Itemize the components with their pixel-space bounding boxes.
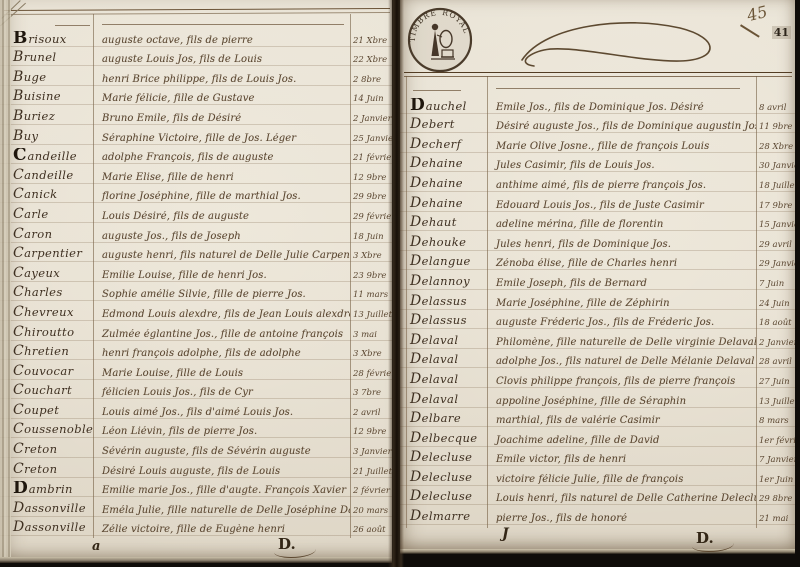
entry-detail: auguste Fréderic Jos., fils de Fréderic … xyxy=(487,317,756,328)
entry-date: 18 Juillet xyxy=(756,181,795,191)
entry-detail: Marie Louise, fille de Louis xyxy=(93,368,350,379)
entry-date: 28 février xyxy=(350,369,392,379)
register-scan: Brisouxauguste octave, fils de pierre21 … xyxy=(0,0,800,567)
entry-detail: Jules Casimir, fils de Louis Jos. xyxy=(487,160,756,171)
entry-date: 2 avril xyxy=(350,408,392,418)
entry-detail: Clovis philippe françois, fils de pierre… xyxy=(487,376,756,387)
entry-date: 18 août xyxy=(756,318,795,328)
right-page: TIMBRE ROYAL 45 41 xyxy=(400,0,795,549)
surname-text: Delaval xyxy=(410,391,458,407)
surname-text: Carpentier xyxy=(13,245,82,261)
entry-detail: Désiré auguste Jos., fils de Dominique a… xyxy=(487,121,756,132)
surname-text: Delassus xyxy=(410,312,467,328)
surname-cell: Chretien xyxy=(0,343,93,359)
entry-detail: victoire félicie Julie, fille de françoi… xyxy=(487,474,756,485)
register-row: Candeilleadolphe François, fils de augus… xyxy=(0,145,392,165)
surname-cell: Delassus xyxy=(400,293,487,309)
surname-cell: Carle xyxy=(0,206,93,222)
entry-detail: henri françois adolphe, fils de adolphe xyxy=(93,348,350,359)
surname-cell: Caron xyxy=(0,226,93,242)
register-row: DelbecqueJoachime adeline, fille de Davi… xyxy=(400,427,795,447)
register-row: Deleclusevictoire félicie Julie, fille d… xyxy=(400,466,795,486)
entry-date: 18 Juin xyxy=(350,232,392,242)
register-row: DambrinEmilie marie Jos., fille d'augte.… xyxy=(0,478,392,498)
register-row: CayeuxEmilie Louise, fille de henri Jos.… xyxy=(0,262,392,282)
entry-detail: Louis Désiré, fils de auguste xyxy=(93,211,350,222)
surname-cell: Delbare xyxy=(400,410,487,426)
top-frame-rule xyxy=(4,12,390,15)
entry-detail: Emile victor, fils de henri xyxy=(487,454,756,465)
entry-date: 28 Xbre xyxy=(756,142,795,152)
surname-text: Charles xyxy=(13,284,63,300)
surname-cell: Delaval xyxy=(400,371,487,387)
entry-detail: Léon Liévin, fils de pierre Jos. xyxy=(93,426,350,437)
entry-date: 27 Juin xyxy=(756,377,795,387)
entry-date: 21 février xyxy=(350,153,392,163)
entry-date: 12 9bre xyxy=(350,427,392,437)
entry-detail: Joachime adeline, fille de David xyxy=(487,435,756,446)
surname-cell: Creton xyxy=(0,441,93,457)
entry-detail: Emilie marie Jos., fille d'augte. Franço… xyxy=(93,485,350,496)
entry-detail: Edmond Louis alexdre, fils de Jean Louis… xyxy=(93,309,350,320)
surname-text: Delaval xyxy=(410,332,458,348)
surname-text: Decherf xyxy=(410,136,461,152)
register-row: CandeilleMarie Elise, fille de henri12 9… xyxy=(0,164,392,184)
left-page: Brisouxauguste octave, fils de pierre21 … xyxy=(0,0,392,557)
entry-date: 17 9bre xyxy=(756,201,795,211)
surname-cell: Delecluse xyxy=(400,488,487,504)
surname-cell: Canick xyxy=(0,186,93,202)
surname-cell: Buriez xyxy=(0,108,93,124)
entry-date: 3 Janvier xyxy=(350,447,392,457)
entry-detail: auguste Louis Jos, fils de Louis xyxy=(93,54,350,65)
surname-text: Buisine xyxy=(13,88,61,104)
surname-text: Delecluse xyxy=(410,449,472,465)
surname-text: Candeille xyxy=(13,167,74,183)
surname-text: Delecluse xyxy=(410,469,472,485)
surname-cell: Candeille xyxy=(0,148,93,163)
entry-date: 22 Xbre xyxy=(350,55,392,65)
footer-letter-mark: a xyxy=(92,539,100,554)
entry-detail: Sévérin auguste, fils de Sévérin auguste xyxy=(93,446,350,457)
footer-letter-mark: J xyxy=(502,526,509,542)
surname-text: Caron xyxy=(13,226,52,242)
surname-text: Chretien xyxy=(13,343,69,359)
entry-detail: auguste Jos., fils de Joseph xyxy=(93,231,350,242)
entry-detail: henri Brice philippe, fils de Louis Jos. xyxy=(93,74,350,85)
entry-detail: Emilie Louise, fille de henri Jos. xyxy=(93,270,350,281)
entry-detail: Zulmée églantine Jos., fille de antoine … xyxy=(93,329,350,340)
surname-cell: Dambrin xyxy=(0,481,93,496)
surname-text: Delaval xyxy=(410,371,458,387)
entry-date: 2 février xyxy=(350,486,392,496)
surname-cell: Brisoux xyxy=(0,31,93,46)
register-row: Caronauguste Jos., fils de Joseph18 Juin xyxy=(0,223,392,243)
surname-cell: Couchart xyxy=(0,382,93,398)
entry-detail: Zélie victoire, fille de Eugène henri xyxy=(93,524,350,535)
entry-date: 24 Juin xyxy=(756,299,795,309)
entry-detail: Edouard Louis Jos., fils de Juste Casimi… xyxy=(487,200,756,211)
entry-detail: adolphe François, fils de auguste xyxy=(93,152,350,163)
register-row: DebertDésiré auguste Jos., fils de Domin… xyxy=(400,114,795,134)
surname-text: Delbare xyxy=(410,410,461,426)
entry-date: 14 Juin xyxy=(350,94,392,104)
surname-text: Coussenoble xyxy=(13,421,93,437)
surname-text: Canick xyxy=(13,186,57,202)
register-row: DecherfMarie Olive Josne., fille de fran… xyxy=(400,133,795,153)
entry-date: 11 mars xyxy=(350,290,392,300)
entry-detail: anthime aimé, fils de pierre françois Jo… xyxy=(487,180,756,191)
top-frame-rule xyxy=(4,8,390,11)
entry-date: 29 février xyxy=(350,212,392,222)
surname-text: Delaval xyxy=(410,351,458,367)
surname-cell: Brunel xyxy=(0,49,93,65)
entry-detail: auguste octave, fils de pierre xyxy=(93,35,350,46)
register-row: CouvocarMarie Louise, fille de Louis28 f… xyxy=(0,360,392,380)
register-row: Bugehenri Brice philippe, fils de Louis … xyxy=(0,66,392,86)
surname-cell: Chevreux xyxy=(0,304,93,320)
surname-cell: Cayeux xyxy=(0,265,93,281)
register-row: Brisouxauguste octave, fils de pierre21 … xyxy=(0,27,392,47)
register-row: Canickflorine Joséphine, fille de marthi… xyxy=(0,184,392,204)
surname-text: Carle xyxy=(13,206,49,222)
surname-cell: Delaval xyxy=(400,332,487,348)
entry-detail: félicien Louis Jos., fils de Cyr xyxy=(93,387,350,398)
surname-text: Cayeux xyxy=(13,265,60,281)
entry-date: 2 Janvier xyxy=(756,338,795,348)
surname-text: Delecluse xyxy=(410,488,472,504)
entry-date: 20 mars xyxy=(350,506,392,516)
surname-text: Dehaine xyxy=(410,195,463,211)
entry-detail: Zénoba élise, fille de Charles henri xyxy=(487,258,756,269)
surname-cell: Dehaine xyxy=(400,155,487,171)
surname-cell: Delecluse xyxy=(400,449,487,465)
footer-section-letter: D. xyxy=(278,535,296,553)
surname-cell: Debert xyxy=(400,116,487,132)
entry-detail: marthial, fils de valérie Casimir xyxy=(487,415,756,426)
timbre-royal-stamp: TIMBRE ROYAL xyxy=(406,6,474,74)
register-row: Dehaineanthime aimé, fils de pierre fran… xyxy=(400,172,795,192)
surname-text: Delassus xyxy=(410,293,467,309)
header-blank-rule xyxy=(413,90,461,91)
surname-cell: Delaval xyxy=(400,351,487,367)
register-row: DassonvilleEméla Julie, fille naturelle … xyxy=(0,497,392,517)
entry-date: 8 avril xyxy=(756,103,795,113)
section-capital: C xyxy=(13,148,27,162)
entry-detail: Emile Jos., fils de Dominique Jos. Désir… xyxy=(487,102,756,113)
surname-text: Dassonville xyxy=(13,500,86,516)
surname-text: Dehaine xyxy=(410,155,463,171)
surname-text: Delbecque xyxy=(410,430,478,446)
register-row: DassonvilleZélie victoire, fille de Eugè… xyxy=(0,517,392,537)
surname-text: Coupet xyxy=(13,402,59,418)
entry-detail: adolphe Jos., fils naturel de Delle Méla… xyxy=(487,356,756,367)
entry-date: 3 Xbre xyxy=(350,251,392,261)
surname-text: Buriez xyxy=(13,108,55,124)
entry-date: 21 Xbre xyxy=(350,36,392,46)
book-gutter xyxy=(388,0,404,567)
register-row: DehoukeJules henri, fils de Dominique Jo… xyxy=(400,231,795,251)
entry-detail: pierre Jos., fils de honoré xyxy=(487,513,756,524)
entry-date: 1er février xyxy=(756,436,795,446)
entry-date: 28 avril xyxy=(756,357,795,367)
surname-cell: Chiroutto xyxy=(0,324,93,340)
surname-text: andeille xyxy=(28,149,77,163)
surname-text: Creton xyxy=(13,441,57,457)
surname-text: Dehaine xyxy=(410,175,463,191)
surname-text: Couvocar xyxy=(13,363,73,379)
entry-date: 7 Juin xyxy=(756,279,795,289)
entry-date: 30 Janvier xyxy=(756,161,795,171)
surname-cell: Dehaine xyxy=(400,175,487,191)
surname-cell: Delannoy xyxy=(400,273,487,289)
entry-detail: florine Joséphine, fille de marthial Jos… xyxy=(93,191,350,202)
entry-detail: Marie Olive Josne., fille de françois Lo… xyxy=(487,141,756,152)
surname-cell: Delecluse xyxy=(400,469,487,485)
surname-text: auchel xyxy=(426,99,467,113)
header-blank-rule xyxy=(55,25,90,26)
section-capital: D xyxy=(410,98,425,112)
footer-swash xyxy=(692,543,734,552)
register-row: CarleLouis Désiré, fils de auguste29 fév… xyxy=(0,203,392,223)
register-row: DelecluseEmile victor, fils de henri7 Ja… xyxy=(400,447,795,467)
surname-text: Chevreux xyxy=(13,304,74,320)
register-row: DelavalPhilomène, fille naturelle de Del… xyxy=(400,329,795,349)
entry-detail: Jules henri, fils de Dominique Jos. xyxy=(487,239,756,250)
surname-cell: Carpentier xyxy=(0,245,93,261)
entry-date: 3 Xbre xyxy=(350,349,392,359)
register-row: DelecluseLouis henri, fils naturel de De… xyxy=(400,486,795,506)
register-row: Couchartfélicien Louis Jos., fils de Cyr… xyxy=(0,380,392,400)
surname-cell: Buge xyxy=(0,69,93,85)
register-rows: DauchelEmile Jos., fils de Dominique Jos… xyxy=(400,94,795,525)
entry-detail: Philomène, fille naturelle de Delle virg… xyxy=(487,337,756,348)
register-row: Delmarrepierre Jos., fils de honoré21 ma… xyxy=(400,505,795,525)
calligraphic-flourish xyxy=(508,16,748,74)
surname-cell: Couvocar xyxy=(0,363,93,379)
register-row: Delbaremarthial, fils de valérie Casimir… xyxy=(400,408,795,428)
surname-text: Brunel xyxy=(13,49,57,65)
entry-detail: Louis aimé Jos., fils d'aimé Louis Jos. xyxy=(93,407,350,418)
entry-date: 26 août xyxy=(350,525,392,535)
surname-cell: Delmarre xyxy=(400,508,487,524)
entry-date: 29 9bre xyxy=(350,192,392,202)
entry-detail: Séraphine Victoire, fille de Jos. Léger xyxy=(93,133,350,144)
footer-section-letter: D. xyxy=(696,529,714,547)
entry-date: 21 mai xyxy=(756,514,795,524)
entry-date: 29 Janvier xyxy=(756,259,795,269)
surname-cell: Delassus xyxy=(400,312,487,328)
surname-cell: Buisine xyxy=(0,88,93,104)
page-number: 45 xyxy=(745,2,769,25)
register-row: CoupetLouis aimé Jos., fils d'aimé Louis… xyxy=(0,399,392,419)
entry-detail: Louis henri, fils naturel de Delle Cathe… xyxy=(487,493,756,504)
entry-date: 29 8bre xyxy=(756,494,795,504)
entry-detail: auguste henri, fils naturel de Delle Jul… xyxy=(93,250,350,261)
entry-date: 7 Janvier xyxy=(756,455,795,465)
entry-detail: Marie Elise, fille de henri xyxy=(93,172,350,183)
surname-text: Creton xyxy=(13,461,57,477)
surname-cell: Dassonville xyxy=(0,519,93,535)
surname-text: Delannoy xyxy=(410,273,470,289)
entry-date: 2 Janvier xyxy=(350,114,392,124)
register-row: Brunelauguste Louis Jos, fils de Louis22… xyxy=(0,47,392,67)
surname-cell: Dauchel xyxy=(400,98,487,113)
register-row: DauchelEmile Jos., fils de Dominique Jos… xyxy=(400,94,795,114)
entry-date: 25 Janvier xyxy=(350,134,392,144)
surname-cell: Delaval xyxy=(400,391,487,407)
entry-detail: Bruno Emile, fils de Désiré xyxy=(93,113,350,124)
register-row: Chretienhenri françois adolphe, fils de … xyxy=(0,341,392,361)
entry-date: 13 Juillet xyxy=(350,310,392,320)
surname-cell: Coupet xyxy=(0,402,93,418)
register-row: DelavalClovis philippe françois, fils de… xyxy=(400,368,795,388)
surname-cell: Dehaine xyxy=(400,195,487,211)
register-row: DelassusMarie Joséphine, fille de Zéphir… xyxy=(400,290,795,310)
register-row: CoussenobleLéon Liévin, fils de pierre J… xyxy=(0,419,392,439)
surname-text: Dassonville xyxy=(13,519,86,535)
surname-cell: Buy xyxy=(0,128,93,144)
entry-date: 29 avril xyxy=(756,240,795,250)
entry-date: 11 9bre xyxy=(756,122,795,132)
entry-detail: Marie félicie, fille de Gustave xyxy=(93,93,350,104)
entry-detail: adeline mérina, fille de florentin xyxy=(487,219,756,230)
entry-detail: Marie Joséphine, fille de Zéphirin xyxy=(487,298,756,309)
register-row: Delavaladolphe Jos., fils naturel de Del… xyxy=(400,349,795,369)
entry-date: 3 mai xyxy=(350,330,392,340)
entry-date: 21 Juillet xyxy=(350,467,392,477)
register-row: Delavalappoline Joséphine, fille de Séra… xyxy=(400,388,795,408)
surname-cell: Coussenoble xyxy=(0,421,93,437)
entry-date: 12 9bre xyxy=(350,173,392,183)
entry-date: 2 8bre xyxy=(350,75,392,85)
surname-text: Dehaut xyxy=(410,214,457,230)
head-rule xyxy=(404,76,792,77)
entry-date: 1er Juin xyxy=(756,475,795,485)
footer-swash xyxy=(274,549,316,558)
entry-detail: appoline Joséphine, fille de Séraphin xyxy=(487,396,756,407)
surname-cell: Delbecque xyxy=(400,430,487,446)
entry-date: 23 9bre xyxy=(350,271,392,281)
register-row: Delassusauguste Fréderic Jos., fils de F… xyxy=(400,310,795,330)
header-blank-rule xyxy=(496,88,740,89)
register-row: BuisineMarie félicie, fille de Gustave14… xyxy=(0,86,392,106)
entry-date: 3 7bre xyxy=(350,388,392,398)
entry-date: 8 mars xyxy=(756,416,795,426)
register-row: DehaineEdouard Louis Jos., fils de Juste… xyxy=(400,192,795,212)
entry-date: 13 Juillet xyxy=(756,397,795,407)
register-row: DehaineJules Casimir, fils de Louis Jos.… xyxy=(400,153,795,173)
surname-cell: Charles xyxy=(0,284,93,300)
register-row: DelannoyEmile Joseph, fils de Bernard7 J… xyxy=(400,270,795,290)
surname-text: Delangue xyxy=(410,253,471,269)
surname-text: ambrin xyxy=(29,482,73,496)
register-row: Carpentierauguste henri, fils naturel de… xyxy=(0,243,392,263)
surname-cell: Decherf xyxy=(400,136,487,152)
surname-text: Delmarre xyxy=(410,508,470,524)
surname-cell: Dassonville xyxy=(0,500,93,516)
page-stack-edge xyxy=(0,0,11,557)
surname-text: risoux xyxy=(28,32,66,46)
register-row: BuySéraphine Victoire, fille de Jos. Lég… xyxy=(0,125,392,145)
register-row: ChevreuxEdmond Louis alexdre, fils de Je… xyxy=(0,301,392,321)
register-row: CharlesSophie amélie Silvie, fille de pi… xyxy=(0,282,392,302)
surname-text: Buy xyxy=(13,128,38,144)
surname-cell: Dehouke xyxy=(400,234,487,250)
surname-text: Couchart xyxy=(13,382,72,398)
entry-detail: Désiré Louis auguste, fils de Louis xyxy=(93,466,350,477)
register-row: CretonSévérin auguste, fils de Sévérin a… xyxy=(0,438,392,458)
surname-cell: Candeille xyxy=(0,167,93,183)
entry-detail: Eméla Julie, fille naturelle de Delle Jo… xyxy=(93,505,350,516)
header-blank-rule xyxy=(102,24,344,25)
entry-detail: Emile Joseph, fils de Bernard xyxy=(487,278,756,289)
register-row: CretonDésiré Louis auguste, fils de Loui… xyxy=(0,458,392,478)
surname-text: Dehouke xyxy=(410,234,466,250)
surname-text: Debert xyxy=(410,116,455,132)
entry-date: 15 Janvier xyxy=(756,220,795,230)
surname-cell: Dehaut xyxy=(400,214,487,230)
register-rows: Brisouxauguste octave, fils de pierre21 … xyxy=(0,27,392,536)
surname-text: Chiroutto xyxy=(13,324,74,340)
register-row: DelangueZénoba élise, fille de Charles h… xyxy=(400,251,795,271)
entry-detail: Sophie amélie Silvie, fille de pierre Jo… xyxy=(93,289,350,300)
register-row: Dehautadeline mérina, fille de florentin… xyxy=(400,212,795,232)
section-capital: B xyxy=(13,31,27,45)
surname-text: Buge xyxy=(13,69,46,85)
register-row: BuriezBruno Emile, fils de Désiré2 Janvi… xyxy=(0,105,392,125)
section-capital: D xyxy=(13,481,28,495)
surname-cell: Delangue xyxy=(400,253,487,269)
surname-cell: Creton xyxy=(0,461,93,477)
register-row: ChirouttoZulmée églantine Jos., fille de… xyxy=(0,321,392,341)
folio-stamp-number: 41 xyxy=(772,26,791,39)
